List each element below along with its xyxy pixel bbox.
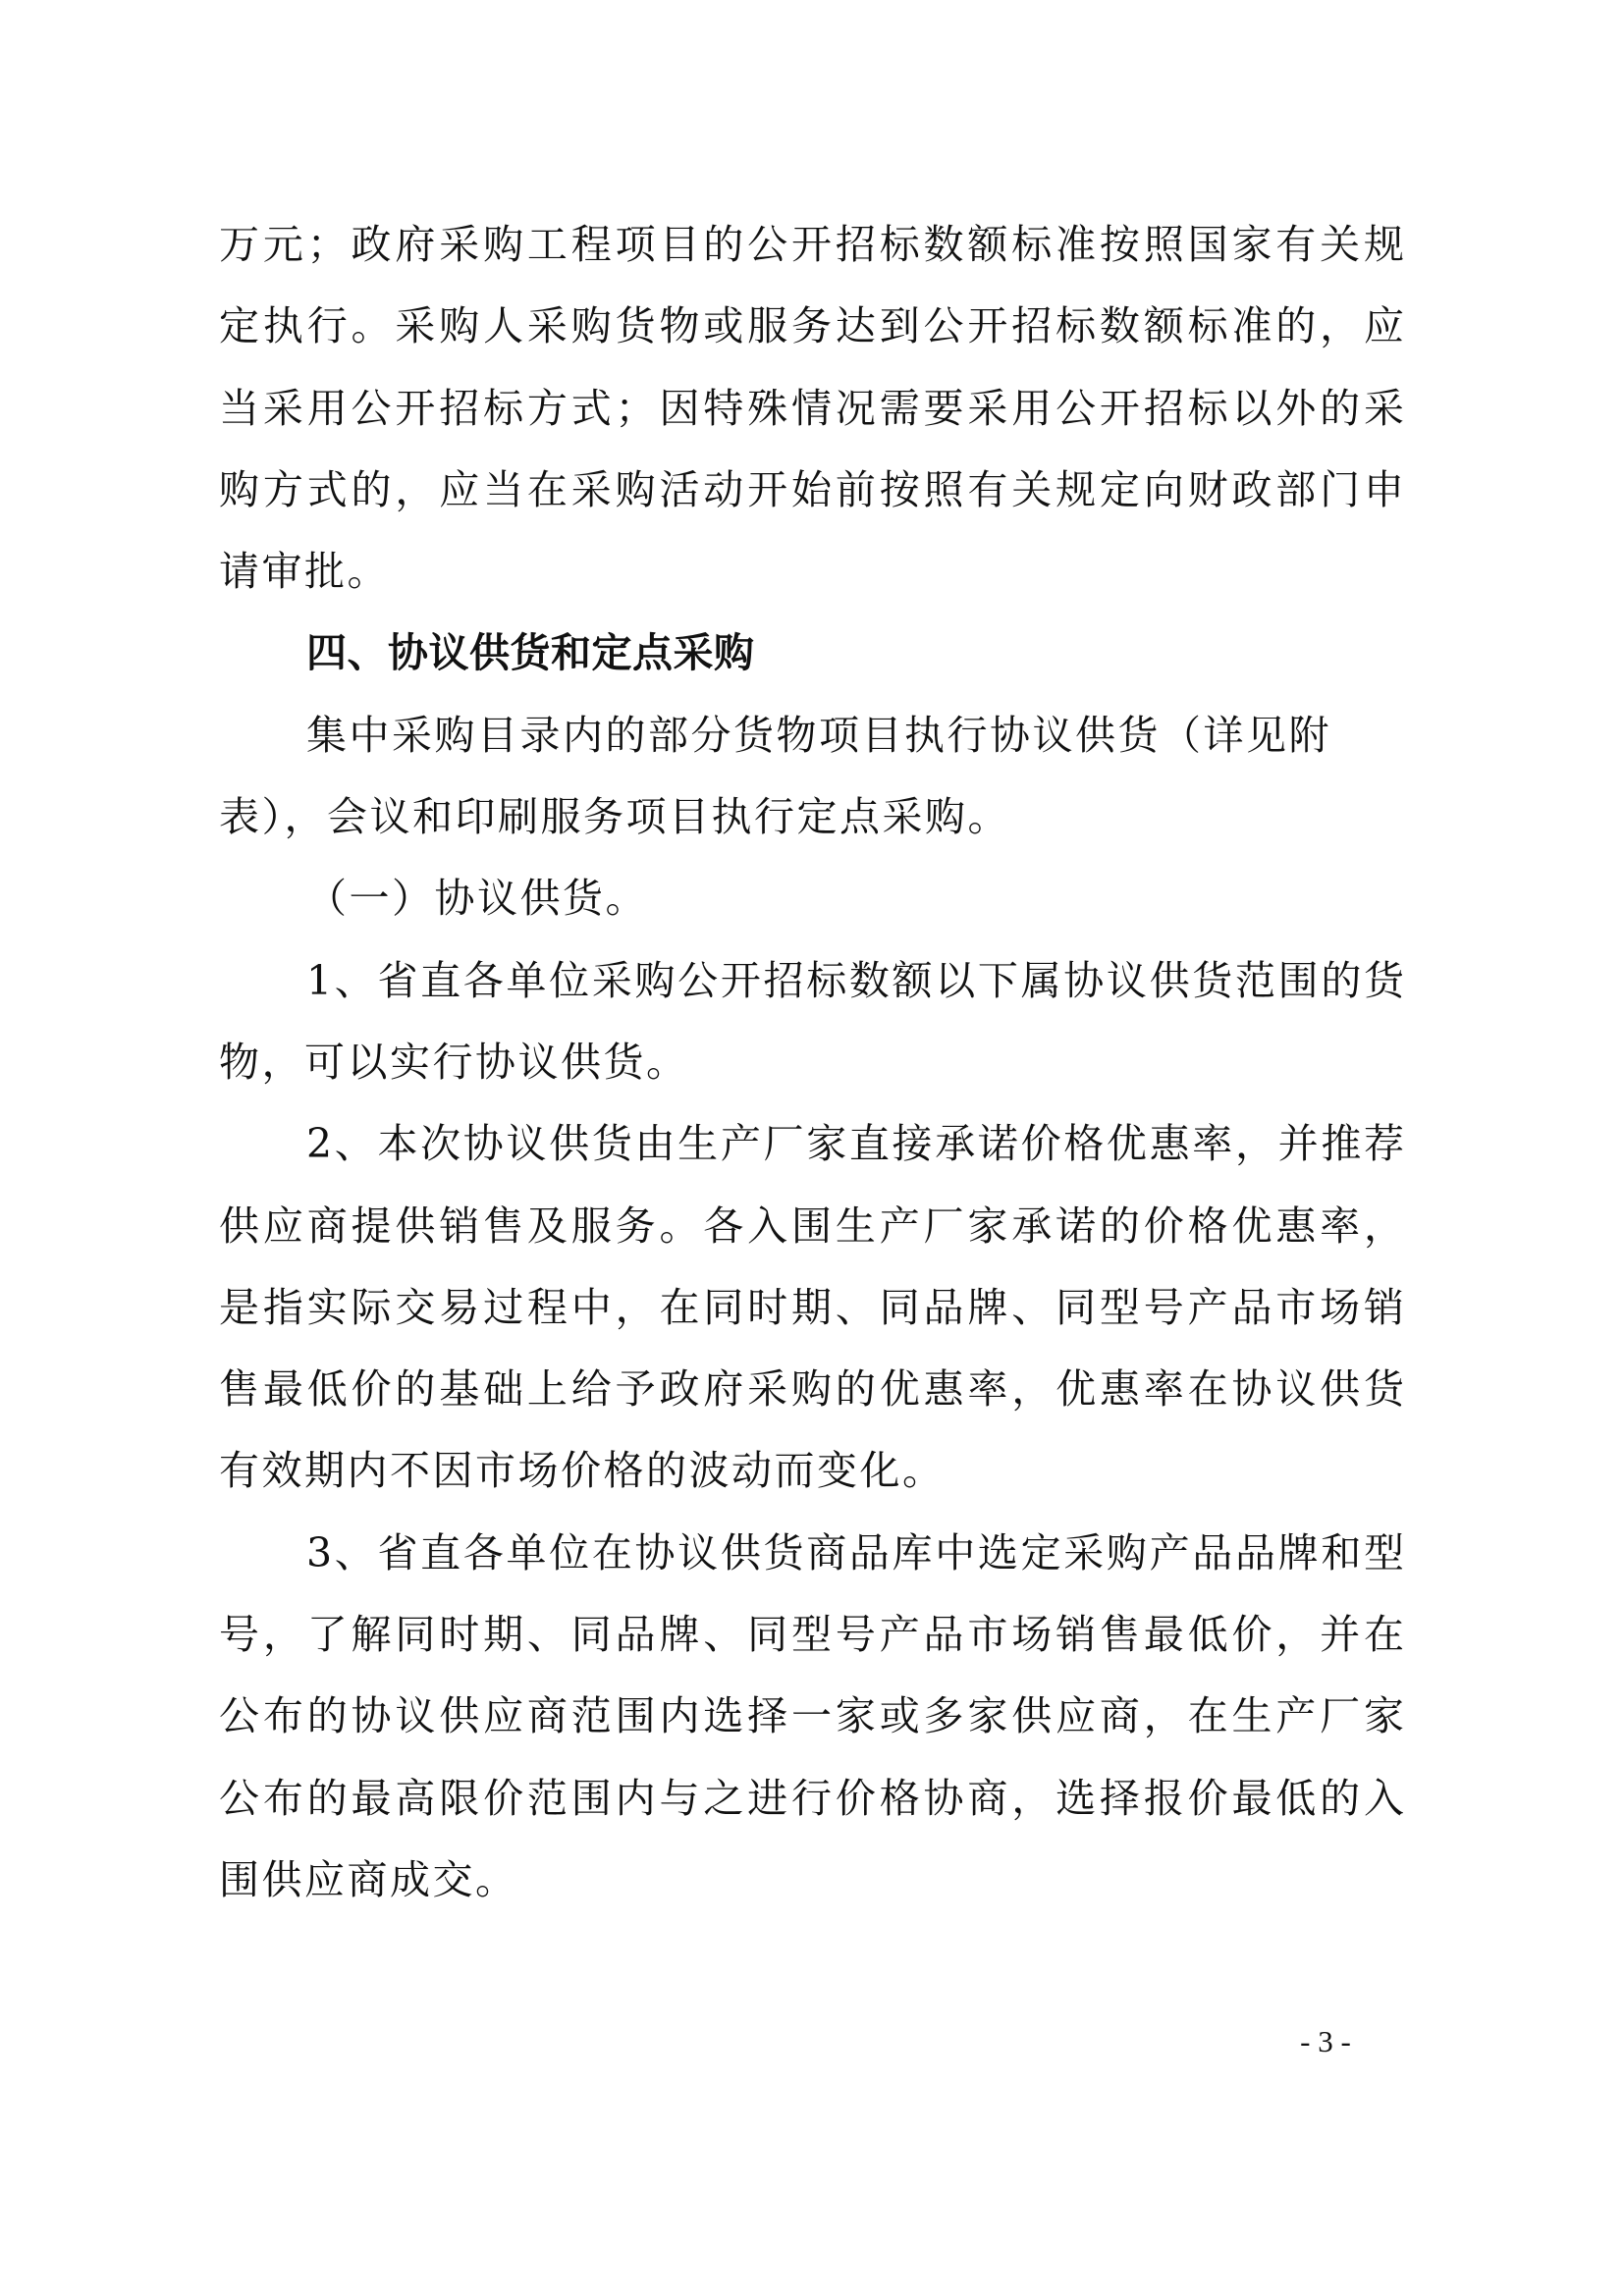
paragraph-line: 当采用公开招标方式；因特殊情况需要采用公开招标以外的采	[219, 368, 1404, 450]
paragraph-line: 万元；政府采购工程项目的公开招标数额标准按照国家有关规	[219, 204, 1404, 286]
body-text: 万元；政府采购工程项目的公开招标数额标准按照国家有关规 定执行。采购人采购货物或…	[219, 204, 1404, 1921]
paragraph-line: 围供应商成交。	[219, 1840, 1404, 1921]
paragraph-line: 物，可以实行协议供货。	[219, 1022, 1404, 1103]
paragraph-line: 1、省直各单位采购公开招标数额以下属协议供货范围的货	[219, 940, 1404, 1022]
paragraph-line: 公布的协议供应商范围内选择一家或多家供应商，在生产厂家	[219, 1676, 1404, 1757]
paragraph-line: 是指实际交易过程中，在同时期、同品牌、同型号产品市场销	[219, 1267, 1404, 1349]
paragraph-line: 定执行。采购人采购货物或服务达到公开招标数额标准的，应	[219, 286, 1404, 367]
page-number: - 3 -	[1276, 2022, 1375, 2061]
subsection-heading: （一）协议供货。	[219, 858, 1404, 939]
paragraph-line: 供应商提供销售及服务。各入围生产厂家承诺的价格优惠率，	[219, 1186, 1404, 1267]
paragraph-line: 请审批。	[219, 531, 1404, 613]
paragraph-line: 3、省直各单位在协议供货商品库中选定采购产品品牌和型	[219, 1513, 1404, 1594]
paragraph-line: 号，了解同时期、同品牌、同型号产品市场销售最低价，并在	[219, 1594, 1404, 1676]
section-heading: 四、协议供货和定点采购	[219, 613, 1404, 694]
paragraph-line: 2、本次协议供货由生产厂家直接承诺价格优惠率，并推荐	[219, 1103, 1404, 1185]
paragraph-line: 购方式的，应当在采购活动开始前按照有关规定向财政部门申	[219, 450, 1404, 531]
paragraph-line: 公布的最高限价范围内与之进行价格协商，选择报价最低的入	[219, 1758, 1404, 1840]
paragraph-line: 售最低价的基础上给予政府采购的优惠率，优惠率在协议供货	[219, 1349, 1404, 1430]
paragraph-line: 表），会议和印刷服务项目执行定点采购。	[219, 776, 1404, 858]
paragraph-line: 有效期内不因市场价格的波动而变化。	[219, 1430, 1404, 1512]
paragraph-line: 集中采购目录内的部分货物项目执行协议供货（详见附	[219, 695, 1404, 776]
document-page: 万元；政府采购工程项目的公开招标数额标准按照国家有关规 定执行。采购人采购货物或…	[0, 0, 1624, 2296]
